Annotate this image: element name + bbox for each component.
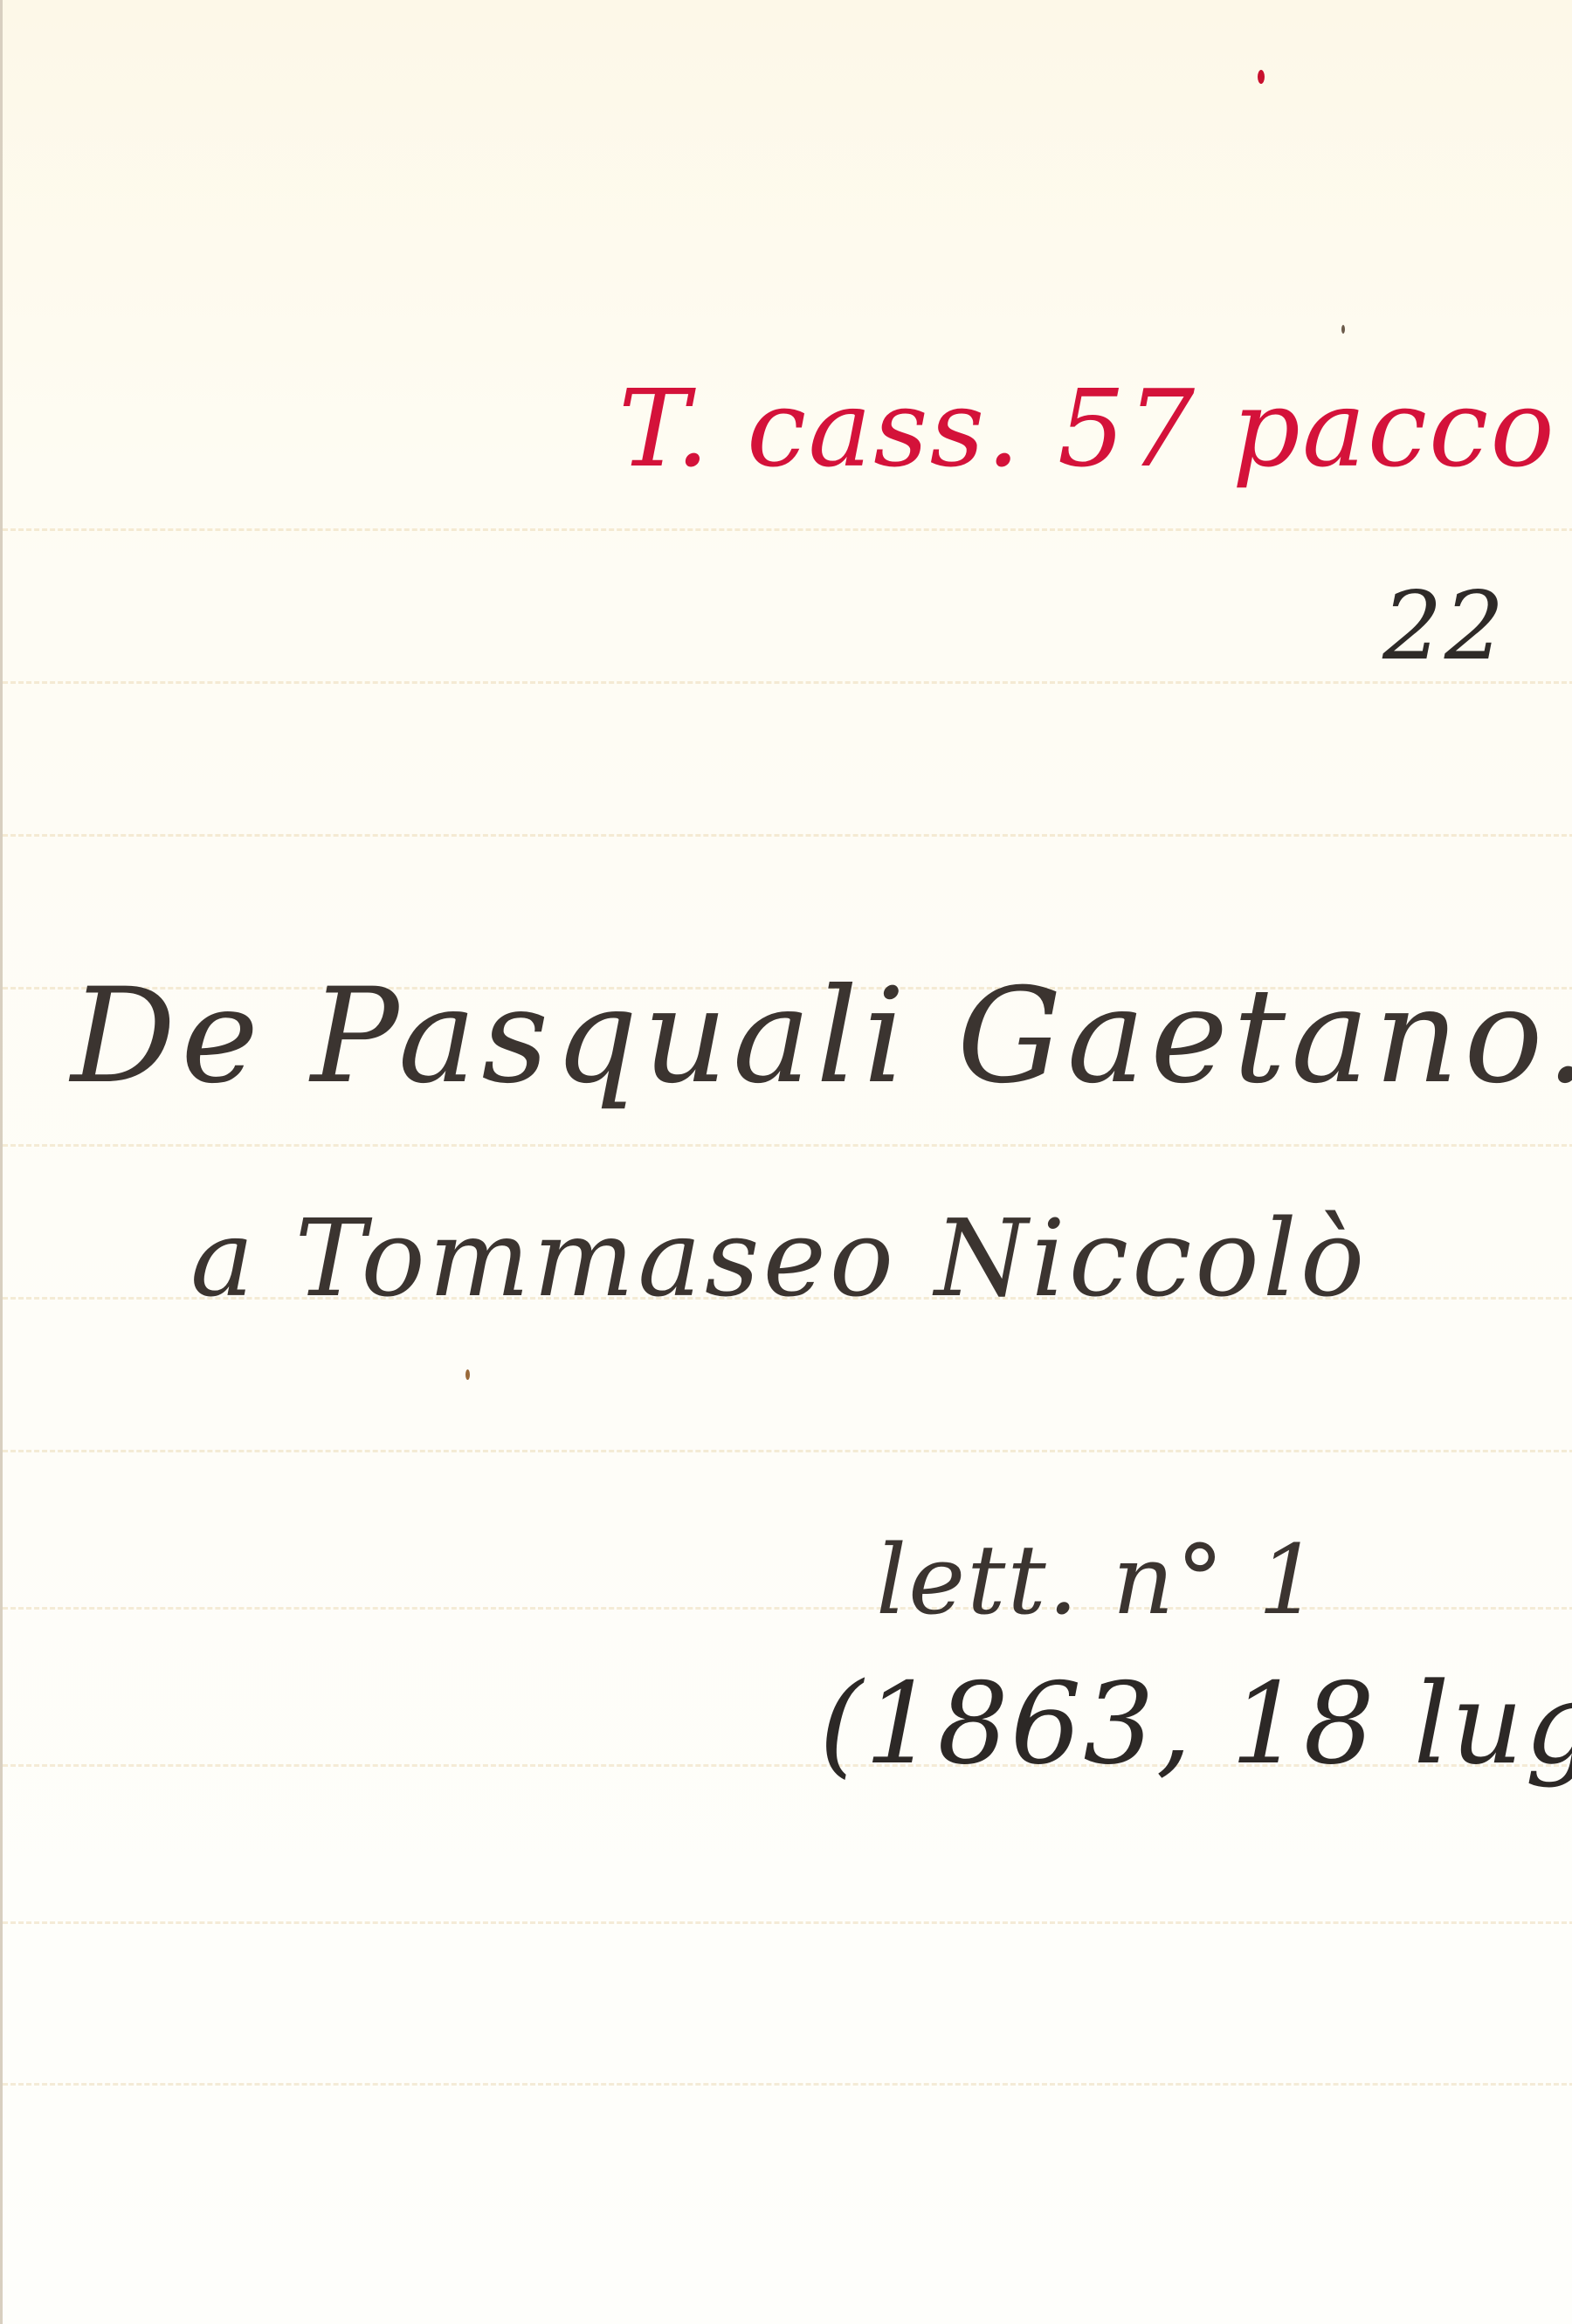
letter-count: lett. n° 1	[876, 1524, 1320, 1636]
ruled-line	[3, 528, 1572, 531]
sender-name: De Pasquali Gaetano.	[71, 961, 1572, 1113]
letter-date: (1863, 18 lugl.)	[819, 1659, 1572, 1790]
ink-speck	[465, 1369, 470, 1380]
ruled-line	[3, 1450, 1572, 1452]
ink-speck	[1341, 325, 1345, 334]
ruled-line	[3, 1607, 1572, 1610]
ruled-line	[3, 1921, 1572, 1924]
ruled-line	[3, 681, 1572, 684]
archive-reference: T. cass. 57 pacco 110.	[618, 367, 1572, 491]
red-ink-speck	[1258, 70, 1265, 84]
archive-sub-number: 22	[1382, 572, 1506, 681]
ruled-line	[3, 1144, 1572, 1147]
index-card: T. cass. 57 pacco 110. 22 De Pasquali Ga…	[0, 0, 1572, 2324]
ruled-line	[3, 2083, 1572, 2086]
recipient-name: a Tommaseo Niccolò	[190, 1196, 1368, 1321]
ruled-line	[3, 834, 1572, 837]
